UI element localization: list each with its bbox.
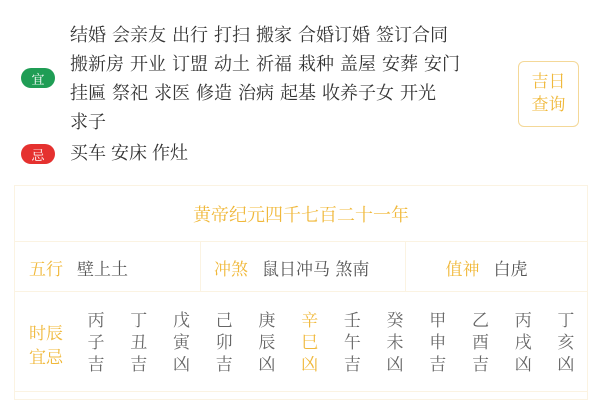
hour-luck: 凶 [258, 354, 275, 376]
button-label-line2: 查询 [532, 94, 566, 117]
shichen-hour: 甲申吉 [423, 310, 453, 376]
chongsha-label: 冲煞 [214, 255, 248, 280]
shichen-hour: 乙酉吉 [465, 310, 495, 376]
hour-luck: 吉 [429, 354, 446, 376]
button-label-line1: 吉日 [532, 71, 566, 94]
yi-item: 盖屋 [340, 54, 376, 75]
hour-branch: 亥 [557, 332, 574, 354]
yi-line: 求子 [70, 108, 506, 137]
yi-item: 修造 [196, 83, 232, 104]
yi-item: 打扫 [214, 25, 250, 46]
shichen-label-line2: 宜忌 [29, 346, 69, 370]
hour-branch: 巳 [301, 332, 318, 354]
yi-item: 求子 [70, 112, 106, 133]
hour-branch: 卯 [216, 332, 233, 354]
yi-item: 挂匾 [70, 83, 106, 104]
yi-item: 祈福 [256, 54, 292, 75]
yi-item: 起基 [280, 83, 316, 104]
yi-item: 治病 [238, 83, 274, 104]
hour-branch: 子 [88, 332, 105, 354]
hour-luck: 凶 [557, 354, 574, 376]
wuxing-label: 五行 [29, 255, 63, 280]
hour-luck: 吉 [88, 354, 105, 376]
hour-branch: 申 [429, 332, 446, 354]
zhishen-label: 值神 [446, 255, 480, 280]
hour-luck: 吉 [344, 354, 361, 376]
hour-branch: 戌 [515, 332, 532, 354]
shichen-hour: 戊寅凶 [166, 310, 196, 376]
hour-luck: 吉 [216, 354, 233, 376]
almanac-page: 宜 结婚会亲友出行打扫搬家合婚订婚签订合同搬新房开业订盟动土祈福栽种盖屋安葬安门… [0, 0, 600, 400]
yi-ji-section: 宜 结婚会亲友出行打扫搬家合婚订婚签订合同搬新房开业订盟动土祈福栽种盖屋安葬安门… [0, 0, 600, 180]
hour-stem: 癸 [387, 310, 404, 332]
shichen-label-line1: 时辰 [29, 322, 69, 346]
hour-stem: 庚 [258, 310, 275, 332]
shichen-hour: 壬午吉 [337, 310, 367, 376]
yi-line: 搬新房开业订盟动土祈福栽种盖屋安葬安门 [70, 50, 506, 79]
zhishen-value: 白虎 [494, 255, 528, 280]
auspicious-day-query-button[interactable]: 吉日 查询 [518, 61, 579, 127]
yi-line: 结婚会亲友出行打扫搬家合婚订婚签订合同 [70, 21, 506, 50]
yi-item: 收养子女 [322, 83, 394, 104]
info-row: 五行 壁上土 冲煞 鼠日冲马 煞南 值神 白虎 [15, 242, 587, 292]
hour-branch: 寅 [173, 332, 190, 354]
hour-branch: 酉 [472, 332, 489, 354]
huangdi-year: 黄帝纪元四千七百二十一年 [15, 186, 587, 242]
hour-stem: 丁 [130, 310, 147, 332]
yi-item: 搬家 [256, 25, 292, 46]
hour-branch: 丑 [130, 332, 147, 354]
hour-stem: 辛 [301, 310, 318, 332]
yi-item: 搬新房 [70, 54, 124, 75]
yi-item: 会亲友 [112, 25, 166, 46]
wuxing-value: 壁上土 [77, 255, 128, 280]
ji-item: 安床 [111, 143, 147, 164]
hour-stem: 丙 [515, 310, 532, 332]
hour-stem: 己 [216, 310, 233, 332]
hour-stem: 戊 [173, 310, 190, 332]
hour-stem: 甲 [429, 310, 446, 332]
yi-item: 结婚 [70, 25, 106, 46]
yi-item: 订盟 [172, 54, 208, 75]
chongsha-value: 鼠日冲马 煞南 [262, 255, 369, 280]
hour-branch: 未 [387, 332, 404, 354]
hour-luck: 凶 [173, 354, 190, 376]
hour-luck: 凶 [515, 354, 532, 376]
ji-item: 买车 [70, 143, 106, 164]
yi-item: 开光 [400, 83, 436, 104]
shichen-hour: 己卯吉 [209, 310, 239, 376]
zhishen-cell: 值神 白虎 [406, 242, 587, 292]
hour-luck: 凶 [301, 354, 318, 376]
shichen-label: 时辰 宜忌 [29, 322, 69, 370]
yi-item: 祭祀 [112, 83, 148, 104]
yi-list: 结婚会亲友出行打扫搬家合婚订婚签订合同搬新房开业订盟动土祈福栽种盖屋安葬安门挂匾… [70, 21, 506, 137]
hour-luck: 吉 [130, 354, 147, 376]
yi-item: 开业 [130, 54, 166, 75]
shichen-hour: 丁亥凶 [551, 310, 581, 376]
shichen-hour: 庚辰凶 [252, 310, 282, 376]
yi-item: 动土 [214, 54, 250, 75]
yi-item: 合婚订婚 [298, 25, 370, 46]
wuxing-cell: 五行 壁上土 [15, 242, 201, 292]
shichen-hour: 癸未凶 [380, 310, 410, 376]
chongsha-cell: 冲煞 鼠日冲马 煞南 [201, 242, 406, 292]
yi-item: 求医 [154, 83, 190, 104]
hour-stem: 丙 [88, 310, 105, 332]
yi-line: 挂匾祭祀求医修造治病起基收养子女开光 [70, 79, 506, 108]
hour-luck: 凶 [387, 354, 404, 376]
yi-item: 安门 [424, 54, 460, 75]
shichen-hour: 丁丑吉 [124, 310, 154, 376]
ji-list: 买车安床作灶 [70, 140, 193, 168]
hour-luck: 吉 [472, 354, 489, 376]
yi-item: 安葬 [382, 54, 418, 75]
hour-branch: 午 [344, 332, 361, 354]
hour-stem: 乙 [472, 310, 489, 332]
yi-item: 出行 [172, 25, 208, 46]
shichen-hours: 丙子吉丁丑吉戊寅凶己卯吉庚辰凶辛巳凶壬午吉癸未凶甲申吉乙酉吉丙戌凶丁亥凶 [81, 310, 581, 376]
ji-badge: 忌 [21, 144, 55, 164]
yi-badge: 宜 [21, 68, 55, 88]
hour-stem: 壬 [344, 310, 361, 332]
ji-item: 作灶 [152, 143, 188, 164]
hour-stem: 丁 [557, 310, 574, 332]
yi-item: 签订合同 [376, 25, 448, 46]
shichen-section: 时辰 宜忌 丙子吉丁丑吉戊寅凶己卯吉庚辰凶辛巳凶壬午吉癸未凶甲申吉乙酉吉丙戌凶丁… [15, 292, 587, 392]
yi-item: 栽种 [298, 54, 334, 75]
hour-branch: 辰 [258, 332, 275, 354]
shichen-hour: 丙戌凶 [508, 310, 538, 376]
shichen-hour: 辛巳凶 [295, 310, 325, 376]
shichen-hour: 丙子吉 [81, 310, 111, 376]
almanac-info-card: 黄帝纪元四千七百二十一年 五行 壁上土 冲煞 鼠日冲马 煞南 值神 白虎 时辰 … [14, 185, 588, 400]
